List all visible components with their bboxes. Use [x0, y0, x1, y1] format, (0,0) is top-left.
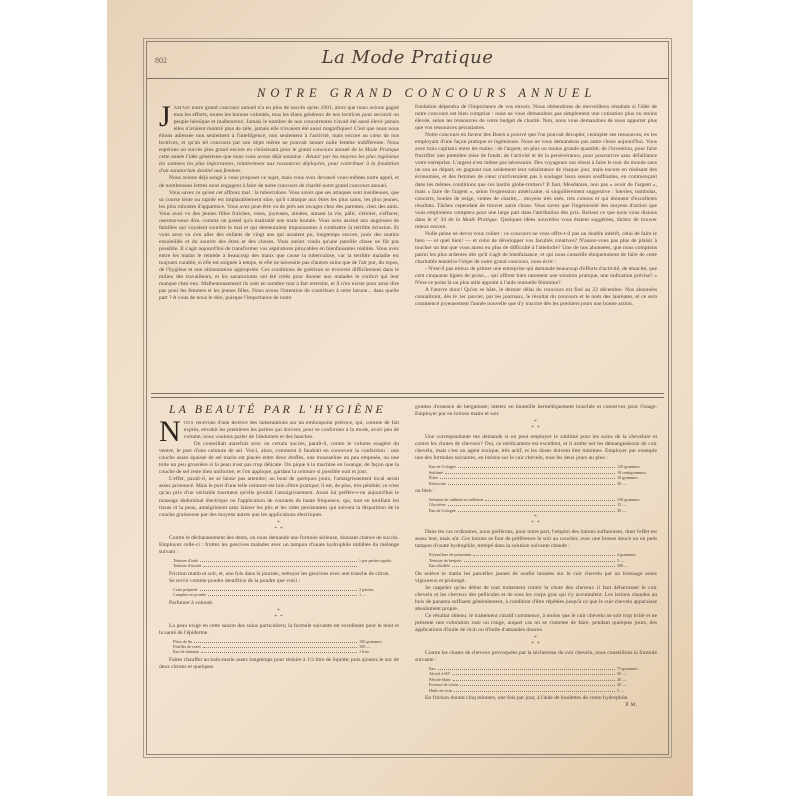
magazine-page: 802 La Mode Pratique NOTRE GRAND CONCOUR…: [107, 0, 693, 796]
recipe-poudre-dentifrice: Craie préparée2 parties. Camphre en poud…: [173, 587, 399, 598]
ornament-separator: ** *: [159, 521, 399, 533]
article2-paragraph: L'effet, paraît-il, ne se laisse pas att…: [159, 476, 399, 518]
ornament-separator: ** *: [415, 515, 657, 527]
article1-left-column: JAMAIS notre grand concours annuel n'a e…: [159, 104, 399, 391]
recipe-row: Teinture d'aconit: [173, 563, 399, 568]
masthead: 802 La Mode Pratique: [147, 42, 668, 79]
article2-paragraph: Se servir comme poudre dentifrice de la …: [159, 578, 399, 585]
article2-paragraph: En friction durant cinq minutes, une foi…: [415, 695, 657, 702]
recipe-row: Huile de ricin5 —: [429, 688, 657, 693]
article2-paragraph: Contre les chutes de cheveux provoquées …: [415, 650, 657, 664]
article2-paragraph: Se rappeler qu'au début de tout traiteme…: [415, 585, 657, 613]
section-divider: [151, 393, 664, 398]
page-frame: 802 La Mode Pratique NOTRE GRAND CONCOUR…: [146, 41, 669, 755]
article2-paragraph: gouttes d'essence de bergamote; mettez e…: [415, 404, 657, 418]
article2-right-column: gouttes d'essence de bergamote; mettez e…: [415, 404, 657, 749]
recipe-secheresse: Eau75 grammes. Alcool à 60°50 — Pétrole …: [429, 666, 657, 693]
article1-quote: - N'est-il pas mieux de primer une entre…: [415, 266, 657, 287]
recipe-row: Eau de fontaine1 litre.: [173, 649, 399, 654]
article2-paragraph: Ce résultat obtenu, le traitement curati…: [415, 613, 657, 634]
ornament-separator: ** *: [415, 636, 657, 648]
recipe-sublime-1: Eau de Cologne120 grammes. Sublimé10 cen…: [429, 464, 657, 486]
article2-paragraph: Parfumer à volonté.: [159, 600, 399, 607]
author-signature: P. M.: [415, 702, 657, 709]
article1-paragraph: JAMAIS notre grand concours annuel n'a e…: [159, 104, 399, 175]
article1-paragraph: A l'œuvre donc! Qu'on se hâte, le dernie…: [415, 287, 657, 308]
article-title-concours: NOTRE GRAND CONCOURS ANNUEL: [257, 86, 596, 101]
article2-paragraph: Dans les cas ordinaires, nous préférons,…: [415, 529, 657, 550]
article2-paragraph: Friction matin et soir, et, une fois dan…: [159, 571, 399, 578]
recipe-row: Eau de Cologne30 —: [429, 508, 657, 513]
recipe-teint: Fleur de lin100 grammes. Feuilles de ros…: [173, 639, 399, 655]
article2-paragraph: NOUS recevons d'une lectrice des lamenta…: [159, 419, 399, 441]
article1-right-column: fondation dépendra de l'importance de vo…: [415, 104, 657, 391]
article2-paragraph: On conseillait autrefois avec un certain…: [159, 441, 399, 476]
recipe-row: Eau distillée300 —: [429, 563, 657, 568]
recipe-gencives: Teinture d'iode} par parties égales. Tei…: [173, 558, 399, 569]
article-title-beaute: LA BEAUTÉ PAR L'HYGIÈNE: [169, 402, 386, 417]
article1-paragraph: fondation dépendra de l'importance de vo…: [415, 104, 657, 132]
recipe-sublime-2: Solution de sublimé au millième150 gramm…: [429, 497, 657, 513]
article2-left-column: NOUS recevons d'une lectrice des lamenta…: [159, 419, 399, 749]
recipe-sulfureuse: Polysulfure de potassium4 grammes. Teint…: [429, 552, 657, 568]
article2-paragraph: Une correspondante me demande si on peut…: [415, 434, 657, 462]
ornament-separator: ** *: [159, 609, 399, 621]
article2-paragraph: On enlève le matin les parcelles jaunes …: [415, 571, 657, 585]
dropcap-J: J: [159, 105, 171, 129]
article2-paragraph: Contre le déchaussement des dents, on no…: [159, 535, 399, 556]
article2-paragraph: Faites chauffer au bain-marie assez long…: [159, 657, 399, 671]
article1-paragraph: Nous avions déjà songé à vous proposer c…: [159, 175, 399, 189]
ou-bien-label: ou bien :: [415, 488, 657, 495]
publication-title: La Mode Pratique: [147, 47, 668, 68]
article1-paragraph: Vous savez ce qu'est cet affreux mal : l…: [159, 190, 399, 303]
recipe-row: Camphre en poudre1 —: [173, 592, 399, 597]
article1-paragraph: Nulle peine ne devra vous coûter : ce co…: [415, 231, 657, 266]
article2-paragraph: La peau exige en cette saison des soins …: [159, 623, 399, 637]
article1-paragraph: Notre concours en faveur des Boers a pro…: [415, 132, 657, 231]
ornament-separator: ** *: [415, 420, 657, 432]
recipe-row: Résorcine30 —: [429, 481, 657, 486]
dropcap-N: N: [159, 420, 181, 444]
